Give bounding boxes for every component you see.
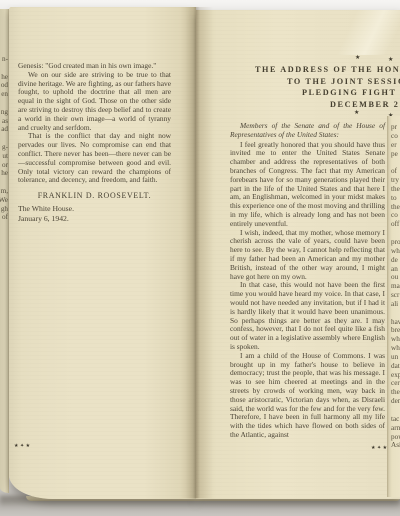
salutation: Members of the Senate and of the House o…: [230, 122, 385, 140]
right-page: ★ ★ THE ADDRESS OF THE HONORA TO THE JOI…: [196, 10, 400, 499]
address-title-line-4: DECEMBER 2: [330, 99, 400, 111]
left-page: Genesis: "God created man in his own ima…: [9, 7, 196, 499]
left-page-body-text: Genesis: "God created man in his own ima…: [18, 62, 171, 185]
previous-page-edge: n-heodenngasadg-utorhem,Weghof: [0, 9, 9, 493]
address-title-line-2: TO THE JOINT SESSIO: [287, 76, 400, 88]
next-page-text-fragments: prcoerpeoftrythetothecooffprowhdeanoumas…: [391, 123, 400, 450]
signature-roosevelt: FRANKLIN D. ROOSEVELT.: [18, 191, 171, 200]
star-icon: ★: [355, 54, 360, 61]
book-photo: n-heodenngasadg-utorhem,Weghof Genesis: …: [0, 0, 400, 516]
left-page-footer-ornament: ★✦★: [14, 443, 32, 449]
star-icon: ★: [354, 109, 359, 116]
address-title-line-1: THE ADDRESS OF THE HONORA: [255, 64, 400, 76]
right-page-body-text: I feel greatly honored that you should h…: [230, 141, 385, 440]
address-title-line-3: PLEDGING FIGHT: [302, 87, 400, 99]
address-title: THE ADDRESS OF THE HONORA TO THE JOINT S…: [196, 64, 400, 111]
next-page-edge: prcoerpeoftrythetothecooffprowhdeanoumas…: [387, 116, 400, 497]
signature-date: January 6, 1942.: [18, 214, 171, 224]
previous-page-text-fragments: n-heodenngasadg-utorhem,Weghof: [0, 55, 8, 222]
signature-place: The White House.: [18, 204, 171, 214]
right-page-footer-ornament: ★✦★: [371, 445, 389, 451]
star-icon: ★: [388, 56, 393, 63]
